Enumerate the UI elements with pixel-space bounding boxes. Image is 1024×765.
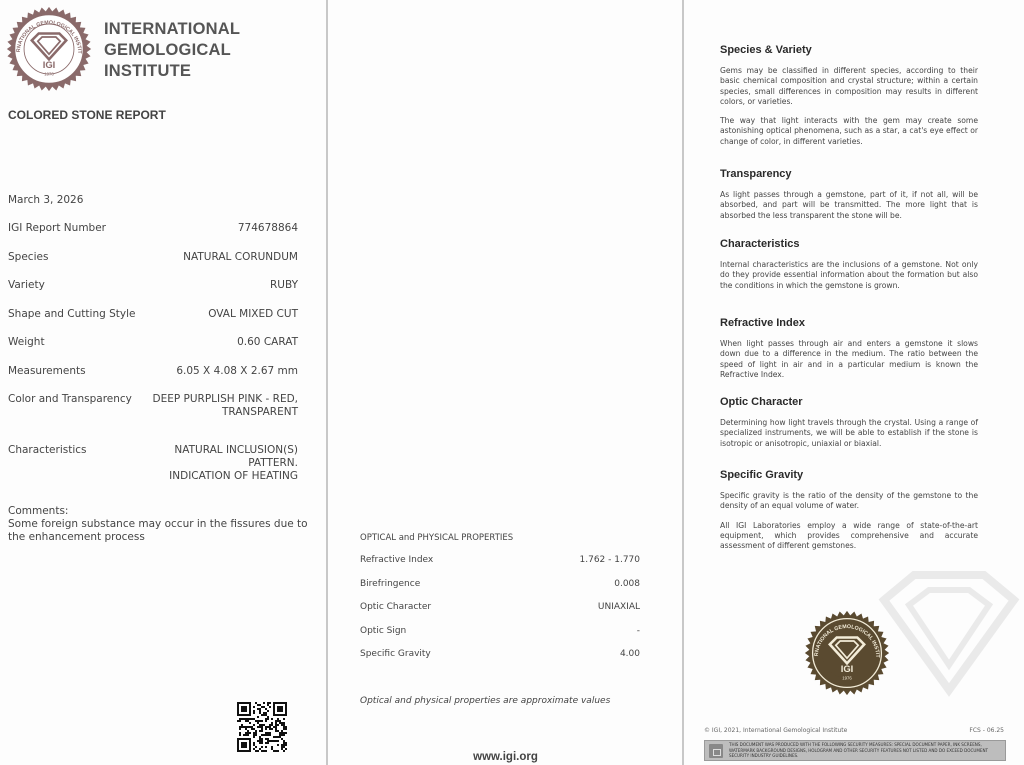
copyright-line: © IGI, 2021, International Gemological I…	[704, 727, 1004, 734]
org-name: INTERNATIONAL GEMOLOGICAL INSTITUTE	[104, 19, 240, 82]
glossary-paragraph: Specific gravity is the ratio of the den…	[720, 491, 978, 512]
website-link[interactable]: www.igi.org	[328, 751, 683, 763]
optical-label: Birefringence	[360, 579, 420, 603]
optical-label: Refractive Index	[360, 555, 433, 579]
optical-row: Refractive Index1.762 - 1.770	[360, 555, 640, 579]
report-front-panel: IGI1976INTERNATIONAL GEMOLOGICAL INSTITU…	[0, 0, 327, 765]
optical-properties-panel: OPTICAL and PHYSICAL PROPERTIES Refracti…	[328, 0, 683, 765]
glossary-section: Specific GravitySpecific gravity is the …	[720, 469, 978, 560]
field-value: RUBY	[270, 279, 298, 292]
security-notice: THIS DOCUMENT WAS PRODUCED WITH THE FOLL…	[704, 740, 1006, 761]
field-value: NATURAL CORUNDUM	[183, 251, 298, 264]
report-field-row: VarietyRUBY	[8, 279, 298, 292]
glossary-title: Refractive Index	[720, 317, 978, 329]
report-field-row: Measurements6.05 X 4.08 X 2.67 mm	[8, 365, 298, 378]
qr-code-icon[interactable]	[237, 702, 287, 752]
igi-seal-icon: IGI1976INTERNATIONAL GEMOLOGICAL INSTITU…	[6, 6, 92, 92]
comments-text: Some foreign substance may occur in the …	[8, 518, 323, 544]
field-label: Shape and Cutting Style	[8, 308, 135, 321]
optical-rows: Refractive Index1.762 - 1.770Birefringen…	[360, 555, 640, 673]
glossary-paragraph: As light passes through a gemstone, part…	[720, 190, 978, 221]
glossary-section: CharacteristicsInternal characteristics …	[720, 238, 978, 300]
optical-row: Optic CharacterUNIAXIAL	[360, 602, 640, 626]
optical-value: 4.00	[620, 649, 640, 673]
field-label: Weight	[8, 336, 45, 349]
igi-seal-gold-icon: IGI1976INTERNATIONAL GEMOLOGICAL INSTITU…	[804, 610, 890, 696]
glossary-title: Transparency	[720, 168, 978, 180]
report-field-row: Shape and Cutting StyleOVAL MIXED CUT	[8, 308, 298, 321]
glossary-paragraph: When light passes through air and enters…	[720, 339, 978, 380]
glossary-title: Optic Character	[720, 396, 978, 408]
field-value: 6.05 X 4.08 X 2.67 mm	[176, 365, 298, 378]
diamond-watermark-icon	[874, 570, 1024, 710]
report-field-row: Weight0.60 CARAT	[8, 336, 298, 349]
form-code: FCS - 06.25	[969, 727, 1004, 734]
optical-label: Optic Sign	[360, 626, 406, 650]
glossary-section: Species & VarietyGems may be classified …	[720, 44, 978, 156]
svg-text:IGI: IGI	[841, 664, 854, 675]
field-value: DEEP PURPLISH PINK - RED, TRANSPARENT	[153, 393, 299, 419]
report-date: March 3, 2026	[8, 194, 83, 206]
optical-note: Optical and physical properties are appr…	[360, 696, 610, 706]
glossary-paragraph: Determining how light travels through th…	[720, 418, 978, 449]
glossary-title: Species & Variety	[720, 44, 978, 56]
report-field-row: SpeciesNATURAL CORUNDUM	[8, 251, 298, 264]
field-label: Species	[8, 251, 48, 264]
field-label: Variety	[8, 279, 45, 292]
report-fields: IGI Report Number774678864SpeciesNATURAL…	[8, 222, 298, 483]
optical-label: Specific Gravity	[360, 649, 431, 673]
svg-text:1976: 1976	[44, 72, 54, 77]
field-label: IGI Report Number	[8, 222, 106, 235]
lock-icon	[709, 744, 723, 758]
svg-text:IGI: IGI	[43, 60, 56, 71]
optical-value: 0.008	[614, 579, 640, 603]
report-type-title: COLORED STONE REPORT	[8, 108, 166, 122]
comments-label: Comments:	[8, 505, 323, 518]
optical-label: Optic Character	[360, 602, 431, 626]
optical-row: Specific Gravity4.00	[360, 649, 640, 673]
optical-row: Optic Sign-	[360, 626, 640, 650]
field-value: OVAL MIXED CUT	[208, 308, 298, 321]
svg-text:1976: 1976	[842, 676, 852, 681]
glossary-title: Characteristics	[720, 238, 978, 250]
field-label: Measurements	[8, 365, 86, 378]
security-text: THIS DOCUMENT WAS PRODUCED WITH THE FOLL…	[729, 742, 1005, 759]
report-field-row: IGI Report Number774678864	[8, 222, 298, 235]
optical-heading: OPTICAL and PHYSICAL PROPERTIES	[360, 533, 513, 543]
glossary-panel: Species & VarietyGems may be classified …	[684, 0, 1024, 765]
glossary-paragraph: All IGI Laboratories employ a wide range…	[720, 521, 978, 552]
field-label: Color and Transparency	[8, 393, 132, 419]
glossary-paragraph: Gems may be classified in different spec…	[720, 66, 978, 107]
field-value: 774678864	[238, 222, 298, 235]
glossary-section: Optic CharacterDetermining how light tra…	[720, 396, 978, 458]
optical-value: UNIAXIAL	[598, 602, 640, 626]
glossary-paragraph: Internal characteristics are the inclusi…	[720, 260, 978, 291]
field-value: NATURAL INCLUSION(S) PATTERN. INDICATION…	[169, 444, 298, 483]
field-label: Characteristics	[8, 444, 87, 483]
glossary-section: Refractive IndexWhen light passes throug…	[720, 317, 978, 389]
optical-value: -	[637, 626, 640, 650]
glossary-title: Specific Gravity	[720, 469, 978, 481]
glossary-section: TransparencyAs light passes through a ge…	[720, 168, 978, 230]
optical-row: Birefringence0.008	[360, 579, 640, 603]
comments-block: Comments: Some foreign substance may occ…	[8, 505, 323, 544]
copyright-text: © IGI, 2021, International Gemological I…	[704, 727, 847, 734]
report-field-row: CharacteristicsNATURAL INCLUSION(S) PATT…	[8, 444, 298, 483]
field-value: 0.60 CARAT	[237, 336, 298, 349]
optical-value: 1.762 - 1.770	[580, 555, 641, 579]
report-field-row: Color and TransparencyDEEP PURPLISH PINK…	[8, 393, 298, 419]
glossary-paragraph: The way that light interacts with the ge…	[720, 116, 978, 147]
